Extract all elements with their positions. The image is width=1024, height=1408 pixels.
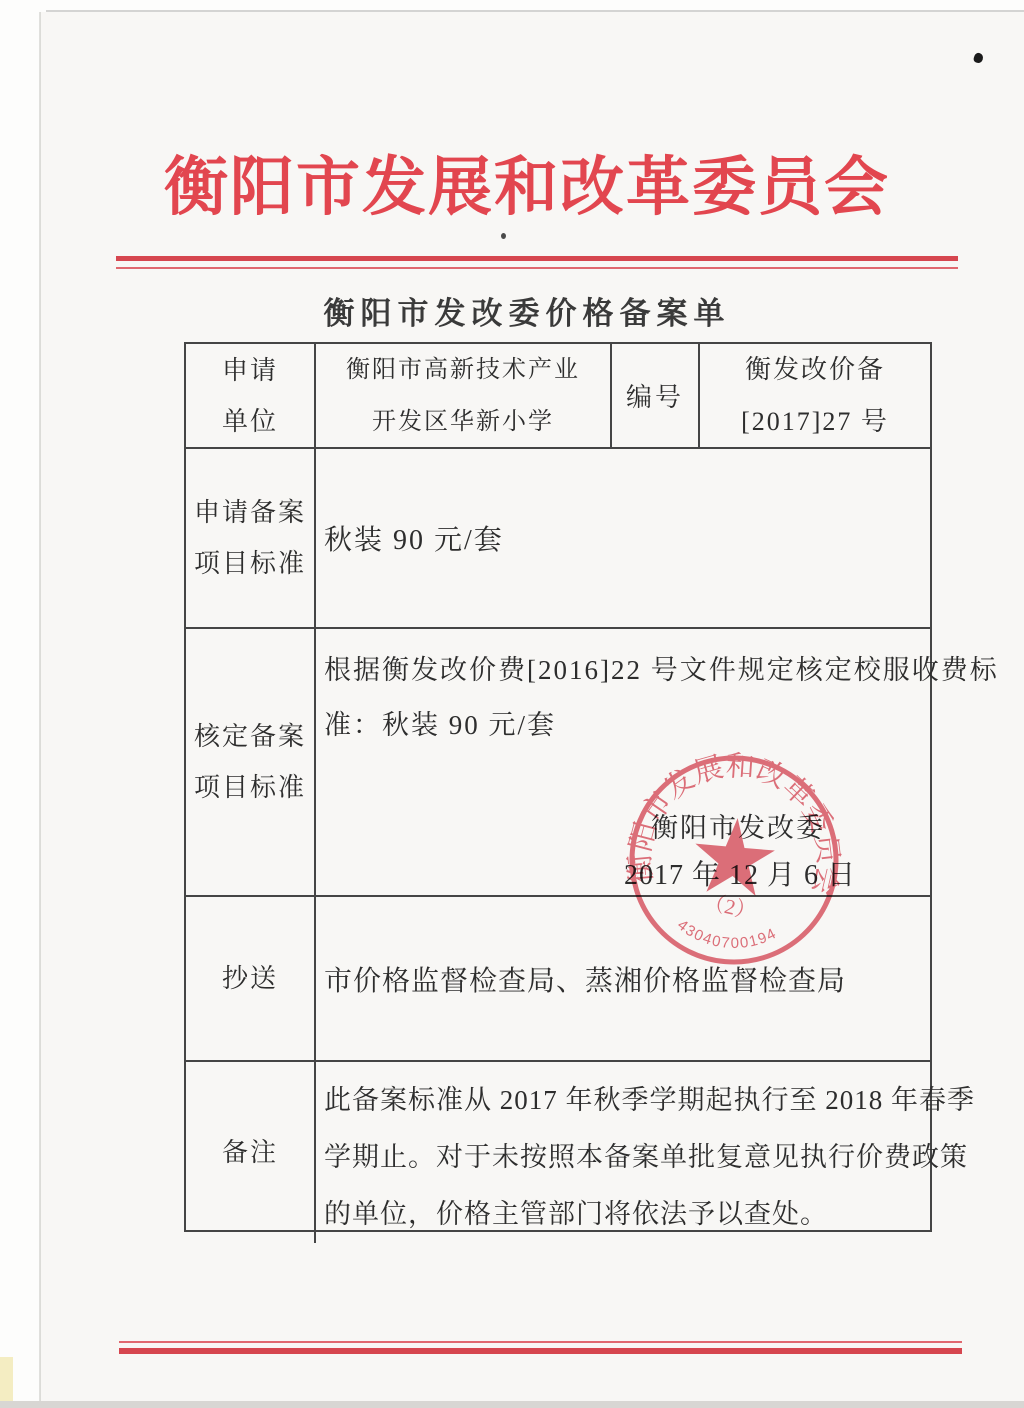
scan-edge-artifact	[0, 1357, 13, 1401]
paper-top-edge	[46, 10, 1024, 12]
star-icon	[691, 815, 777, 898]
table-row-remarks: 备注 此备案标准从 2017 年秋季学期起执行至 2018 年春季 学期止。对于…	[186, 1062, 930, 1243]
applied-standard-label: 申请备案 项目标准	[186, 449, 316, 627]
official-red-stamp: 衡阳市发展和改革委员会 （2） 4304070019488	[613, 739, 856, 982]
standard-text: 秋装 90 元/套	[324, 518, 504, 558]
paper-left-edge	[39, 12, 41, 1408]
copy-to-label: 抄送	[186, 897, 316, 1060]
table-row-applied-standard: 申请备案 项目标准 秋装 90 元/套	[186, 449, 930, 629]
number-line: 衡发改价备	[745, 344, 885, 396]
remarks-label: 备注	[186, 1062, 316, 1243]
applicant-line: 开发区华新小学	[372, 396, 554, 448]
footer-rule-thin	[119, 1341, 962, 1343]
label-text: 备注	[222, 1127, 278, 1178]
remarks-line: 此备案标准从 2017 年秋季学期起执行至 2018 年春季	[324, 1072, 975, 1129]
agency-header-title: 衡阳市发展和改革委员会	[130, 146, 924, 230]
approved-standard-label: 核定备案 项目标准	[186, 629, 316, 895]
scan-bottom-shadow	[0, 1401, 1024, 1408]
document-number-label: 编号	[612, 344, 700, 447]
stamp-sub-number: （2）	[702, 889, 759, 924]
remarks-line: 学期止。对于未按照本备案单批复意见执行价费政策	[324, 1129, 975, 1186]
label-line: 项目标准	[194, 538, 306, 589]
document-number-value: 衡发改价备 [2017]27 号	[700, 344, 930, 447]
document-subtitle: 衡阳市发改委价格备案单	[130, 288, 924, 333]
footer-rule-thick	[119, 1348, 962, 1354]
number-line: [2017]27 号	[741, 396, 889, 448]
label-line: 申请备案	[194, 487, 306, 538]
table-row-applicant: 申请 单位 衡阳市高新技术产业 开发区华新小学 编号 衡发改价备 [2017]2…	[186, 344, 930, 449]
label-line: 申请	[222, 345, 278, 396]
remarks-value: 此备案标准从 2017 年秋季学期起执行至 2018 年春季 学期止。对于未按照…	[316, 1062, 979, 1243]
label-line: 核定备案	[194, 711, 306, 762]
scanned-document: 衡阳市发展和改革委员会 衡阳市发改委价格备案单 申请 单位 衡阳市高新技术产业 …	[0, 0, 1024, 1408]
label-line: 项目标准	[194, 762, 306, 813]
header-rule-thin	[116, 267, 958, 269]
ink-speck	[501, 233, 506, 239]
applicant-unit-value: 衡阳市高新技术产业 开发区华新小学	[316, 344, 612, 447]
applied-standard-value: 秋装 90 元/套	[316, 449, 930, 627]
label-text: 编号	[626, 377, 684, 414]
label-line: 单位	[222, 396, 278, 447]
label-text: 抄送	[222, 953, 278, 1004]
applicant-line: 衡阳市高新技术产业	[346, 344, 580, 396]
header-rule-thick	[116, 256, 958, 261]
remarks-line: 的单位，价格主管部门将依法予以查处。	[324, 1186, 975, 1243]
applicant-unit-label: 申请 单位	[186, 344, 316, 447]
paragraph-line: 根据衡发改价费[2016]22 号文件规定核定校服收费标	[324, 643, 999, 698]
